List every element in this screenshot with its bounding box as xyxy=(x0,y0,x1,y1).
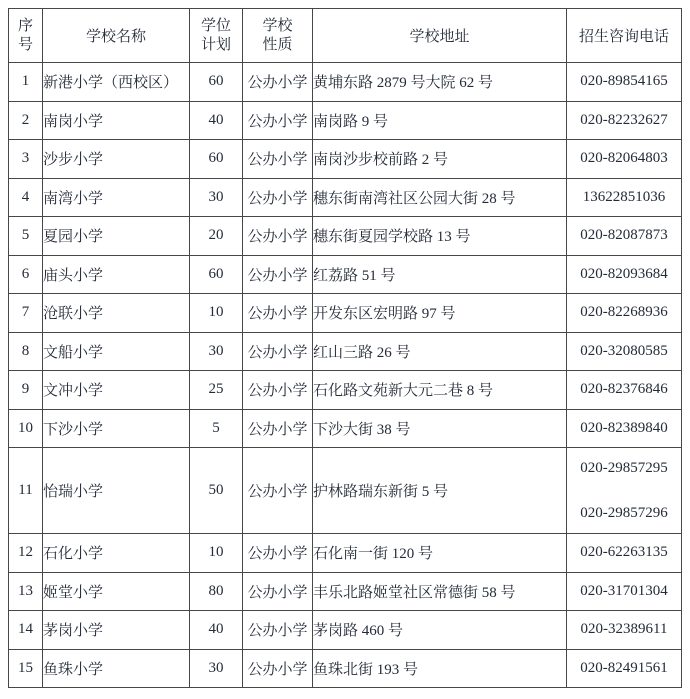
cell-school-name: 南岗小学 xyxy=(43,101,190,140)
cell-school-nature: 公办小学 xyxy=(243,409,313,448)
header-consult-phone: 招生咨询电话 xyxy=(567,9,682,63)
cell-row-number: 6 xyxy=(9,255,43,294)
cell-school-name: 石化小学 xyxy=(43,534,190,573)
table-row: 15 鱼珠小学 30 公办小学 鱼珠北街 193 号 020-82491561 xyxy=(9,649,682,688)
cell-school-address: 南岗沙步校前路 2 号 xyxy=(313,140,567,179)
cell-row-number: 4 xyxy=(9,178,43,217)
table-row: 7 沧联小学 10 公办小学 开发东区宏明路 97 号 020-82268936 xyxy=(9,294,682,333)
cell-school-address: 丰乐北路姬堂社区常德街 58 号 xyxy=(313,572,567,611)
cell-row-number: 12 xyxy=(9,534,43,573)
cell-school-nature: 公办小学 xyxy=(243,294,313,333)
cell-phone-number: 020-89854165 xyxy=(567,63,682,102)
cell-phone-number: 020-31701304 xyxy=(567,572,682,611)
cell-quota-plan: 30 xyxy=(190,332,243,371)
table-row: 12 石化小学 10 公办小学 石化南一街 120 号 020-62263135 xyxy=(9,534,682,573)
cell-school-address: 红山三路 26 号 xyxy=(313,332,567,371)
cell-quota-plan: 10 xyxy=(190,534,243,573)
table-row: 4 南湾小学 30 公办小学 穗东街南湾社区公园大街 28 号 13622851… xyxy=(9,178,682,217)
cell-school-name: 姬堂小学 xyxy=(43,572,190,611)
header-quota-plan-line1: 学位 xyxy=(190,17,242,36)
cell-phone-number: 13622851036 xyxy=(567,178,682,217)
cell-school-nature: 公办小学 xyxy=(243,649,313,688)
table-row: 13 姬堂小学 80 公办小学 丰乐北路姬堂社区常德街 58 号 020-317… xyxy=(9,572,682,611)
cell-quota-plan: 60 xyxy=(190,140,243,179)
cell-school-nature: 公办小学 xyxy=(243,572,313,611)
table-row: 9 文冲小学 25 公办小学 石化路文苑新大元二巷 8 号 020-823768… xyxy=(9,371,682,410)
header-row-number-line1: 序 xyxy=(9,17,42,36)
cell-quota-plan: 10 xyxy=(190,294,243,333)
cell-quota-plan: 60 xyxy=(190,63,243,102)
cell-school-nature: 公办小学 xyxy=(243,371,313,410)
cell-row-number: 2 xyxy=(9,101,43,140)
cell-school-name: 茅岗小学 xyxy=(43,611,190,650)
header-quota-plan: 学位 计划 xyxy=(190,9,243,63)
cell-school-name: 沙步小学 xyxy=(43,140,190,179)
cell-school-name: 文船小学 xyxy=(43,332,190,371)
header-school-address: 学校地址 xyxy=(313,9,567,63)
cell-school-address: 穗东街南湾社区公园大街 28 号 xyxy=(313,178,567,217)
cell-row-number: 8 xyxy=(9,332,43,371)
cell-phone-number: 020-82087873 xyxy=(567,217,682,256)
cell-school-nature: 公办小学 xyxy=(243,63,313,102)
cell-phone-number: 020-32389611 xyxy=(567,611,682,650)
cell-school-address: 下沙大街 38 号 xyxy=(313,409,567,448)
header-row-number: 序 号 xyxy=(9,9,43,63)
school-admission-table-document: 序 号 学校名称 学位 计划 学校 性质 学校地址 招生咨询电话 1 新港小学（… xyxy=(8,8,682,688)
cell-phone-number: 020-29857295 020-29857296 xyxy=(567,448,682,534)
cell-school-nature: 公办小学 xyxy=(243,255,313,294)
cell-school-nature: 公办小学 xyxy=(243,534,313,573)
cell-quota-plan: 40 xyxy=(190,101,243,140)
cell-school-nature: 公办小学 xyxy=(243,332,313,371)
table-header-row: 序 号 学校名称 学位 计划 学校 性质 学校地址 招生咨询电话 xyxy=(9,9,682,63)
cell-school-address: 南岗路 9 号 xyxy=(313,101,567,140)
cell-quota-plan: 60 xyxy=(190,255,243,294)
cell-school-address: 茅岗路 460 号 xyxy=(313,611,567,650)
header-school-name: 学校名称 xyxy=(43,9,190,63)
cell-school-name: 南湾小学 xyxy=(43,178,190,217)
cell-school-nature: 公办小学 xyxy=(243,178,313,217)
cell-school-address: 护林路瑞东新街 5 号 xyxy=(313,448,567,534)
table-row: 3 沙步小学 60 公办小学 南岗沙步校前路 2 号 020-82064803 xyxy=(9,140,682,179)
cell-school-name: 新港小学（西校区） xyxy=(43,63,190,102)
cell-phone-number: 020-62263135 xyxy=(567,534,682,573)
cell-school-name: 鱼珠小学 xyxy=(43,649,190,688)
cell-row-number: 9 xyxy=(9,371,43,410)
cell-row-number: 15 xyxy=(9,649,43,688)
cell-school-name: 庙头小学 xyxy=(43,255,190,294)
cell-row-number: 13 xyxy=(9,572,43,611)
cell-phone-number: 020-82491561 xyxy=(567,649,682,688)
phone-number-line1: 020-29857295 xyxy=(567,460,681,477)
cell-phone-number: 020-82389840 xyxy=(567,409,682,448)
cell-phone-number: 020-82093684 xyxy=(567,255,682,294)
cell-row-number: 5 xyxy=(9,217,43,256)
cell-school-name: 夏园小学 xyxy=(43,217,190,256)
table-row: 2 南岗小学 40 公办小学 南岗路 9 号 020-82232627 xyxy=(9,101,682,140)
header-row-number-line2: 号 xyxy=(9,36,42,55)
cell-school-nature: 公办小学 xyxy=(243,611,313,650)
school-admission-table: 序 号 学校名称 学位 计划 学校 性质 学校地址 招生咨询电话 1 新港小学（… xyxy=(8,8,682,688)
header-school-nature: 学校 性质 xyxy=(243,9,313,63)
cell-phone-number: 020-82064803 xyxy=(567,140,682,179)
header-school-nature-line2: 性质 xyxy=(243,36,312,55)
cell-school-address: 石化南一街 120 号 xyxy=(313,534,567,573)
cell-quota-plan: 20 xyxy=(190,217,243,256)
cell-phone-number: 020-82268936 xyxy=(567,294,682,333)
cell-school-name: 文冲小学 xyxy=(43,371,190,410)
cell-row-number: 1 xyxy=(9,63,43,102)
cell-phone-number: 020-82376846 xyxy=(567,371,682,410)
table-row: 5 夏园小学 20 公办小学 穗东街夏园学校路 13 号 020-8208787… xyxy=(9,217,682,256)
cell-phone-number: 020-82232627 xyxy=(567,101,682,140)
cell-school-name: 沧联小学 xyxy=(43,294,190,333)
cell-quota-plan: 40 xyxy=(190,611,243,650)
cell-school-name: 怡瑞小学 xyxy=(43,448,190,534)
table-row: 11 怡瑞小学 50 公办小学 护林路瑞东新街 5 号 020-29857295… xyxy=(9,448,682,534)
cell-row-number: 7 xyxy=(9,294,43,333)
phone-number-stack: 020-29857295 020-29857296 xyxy=(567,460,681,522)
cell-quota-plan: 80 xyxy=(190,572,243,611)
cell-school-address: 穗东街夏园学校路 13 号 xyxy=(313,217,567,256)
cell-row-number: 14 xyxy=(9,611,43,650)
cell-school-address: 石化路文苑新大元二巷 8 号 xyxy=(313,371,567,410)
cell-quota-plan: 30 xyxy=(190,649,243,688)
header-school-nature-line1: 学校 xyxy=(243,17,312,36)
table-row: 10 下沙小学 5 公办小学 下沙大街 38 号 020-82389840 xyxy=(9,409,682,448)
phone-number-line2: 020-29857296 xyxy=(567,505,681,522)
cell-row-number: 10 xyxy=(9,409,43,448)
cell-school-address: 开发东区宏明路 97 号 xyxy=(313,294,567,333)
cell-quota-plan: 30 xyxy=(190,178,243,217)
table-row: 1 新港小学（西校区） 60 公办小学 黄埔东路 2879 号大院 62 号 0… xyxy=(9,63,682,102)
cell-school-nature: 公办小学 xyxy=(243,140,313,179)
cell-school-address: 红荔路 51 号 xyxy=(313,255,567,294)
cell-phone-number: 020-32080585 xyxy=(567,332,682,371)
cell-school-name: 下沙小学 xyxy=(43,409,190,448)
cell-school-nature: 公办小学 xyxy=(243,217,313,256)
cell-school-address: 鱼珠北街 193 号 xyxy=(313,649,567,688)
table-row: 6 庙头小学 60 公办小学 红荔路 51 号 020-82093684 xyxy=(9,255,682,294)
cell-row-number: 11 xyxy=(9,448,43,534)
table-row: 8 文船小学 30 公办小学 红山三路 26 号 020-32080585 xyxy=(9,332,682,371)
header-quota-plan-line2: 计划 xyxy=(190,36,242,55)
cell-school-nature: 公办小学 xyxy=(243,448,313,534)
cell-row-number: 3 xyxy=(9,140,43,179)
cell-quota-plan: 25 xyxy=(190,371,243,410)
cell-school-address: 黄埔东路 2879 号大院 62 号 xyxy=(313,63,567,102)
table-row: 14 茅岗小学 40 公办小学 茅岗路 460 号 020-32389611 xyxy=(9,611,682,650)
cell-quota-plan: 50 xyxy=(190,448,243,534)
cell-quota-plan: 5 xyxy=(190,409,243,448)
cell-school-nature: 公办小学 xyxy=(243,101,313,140)
